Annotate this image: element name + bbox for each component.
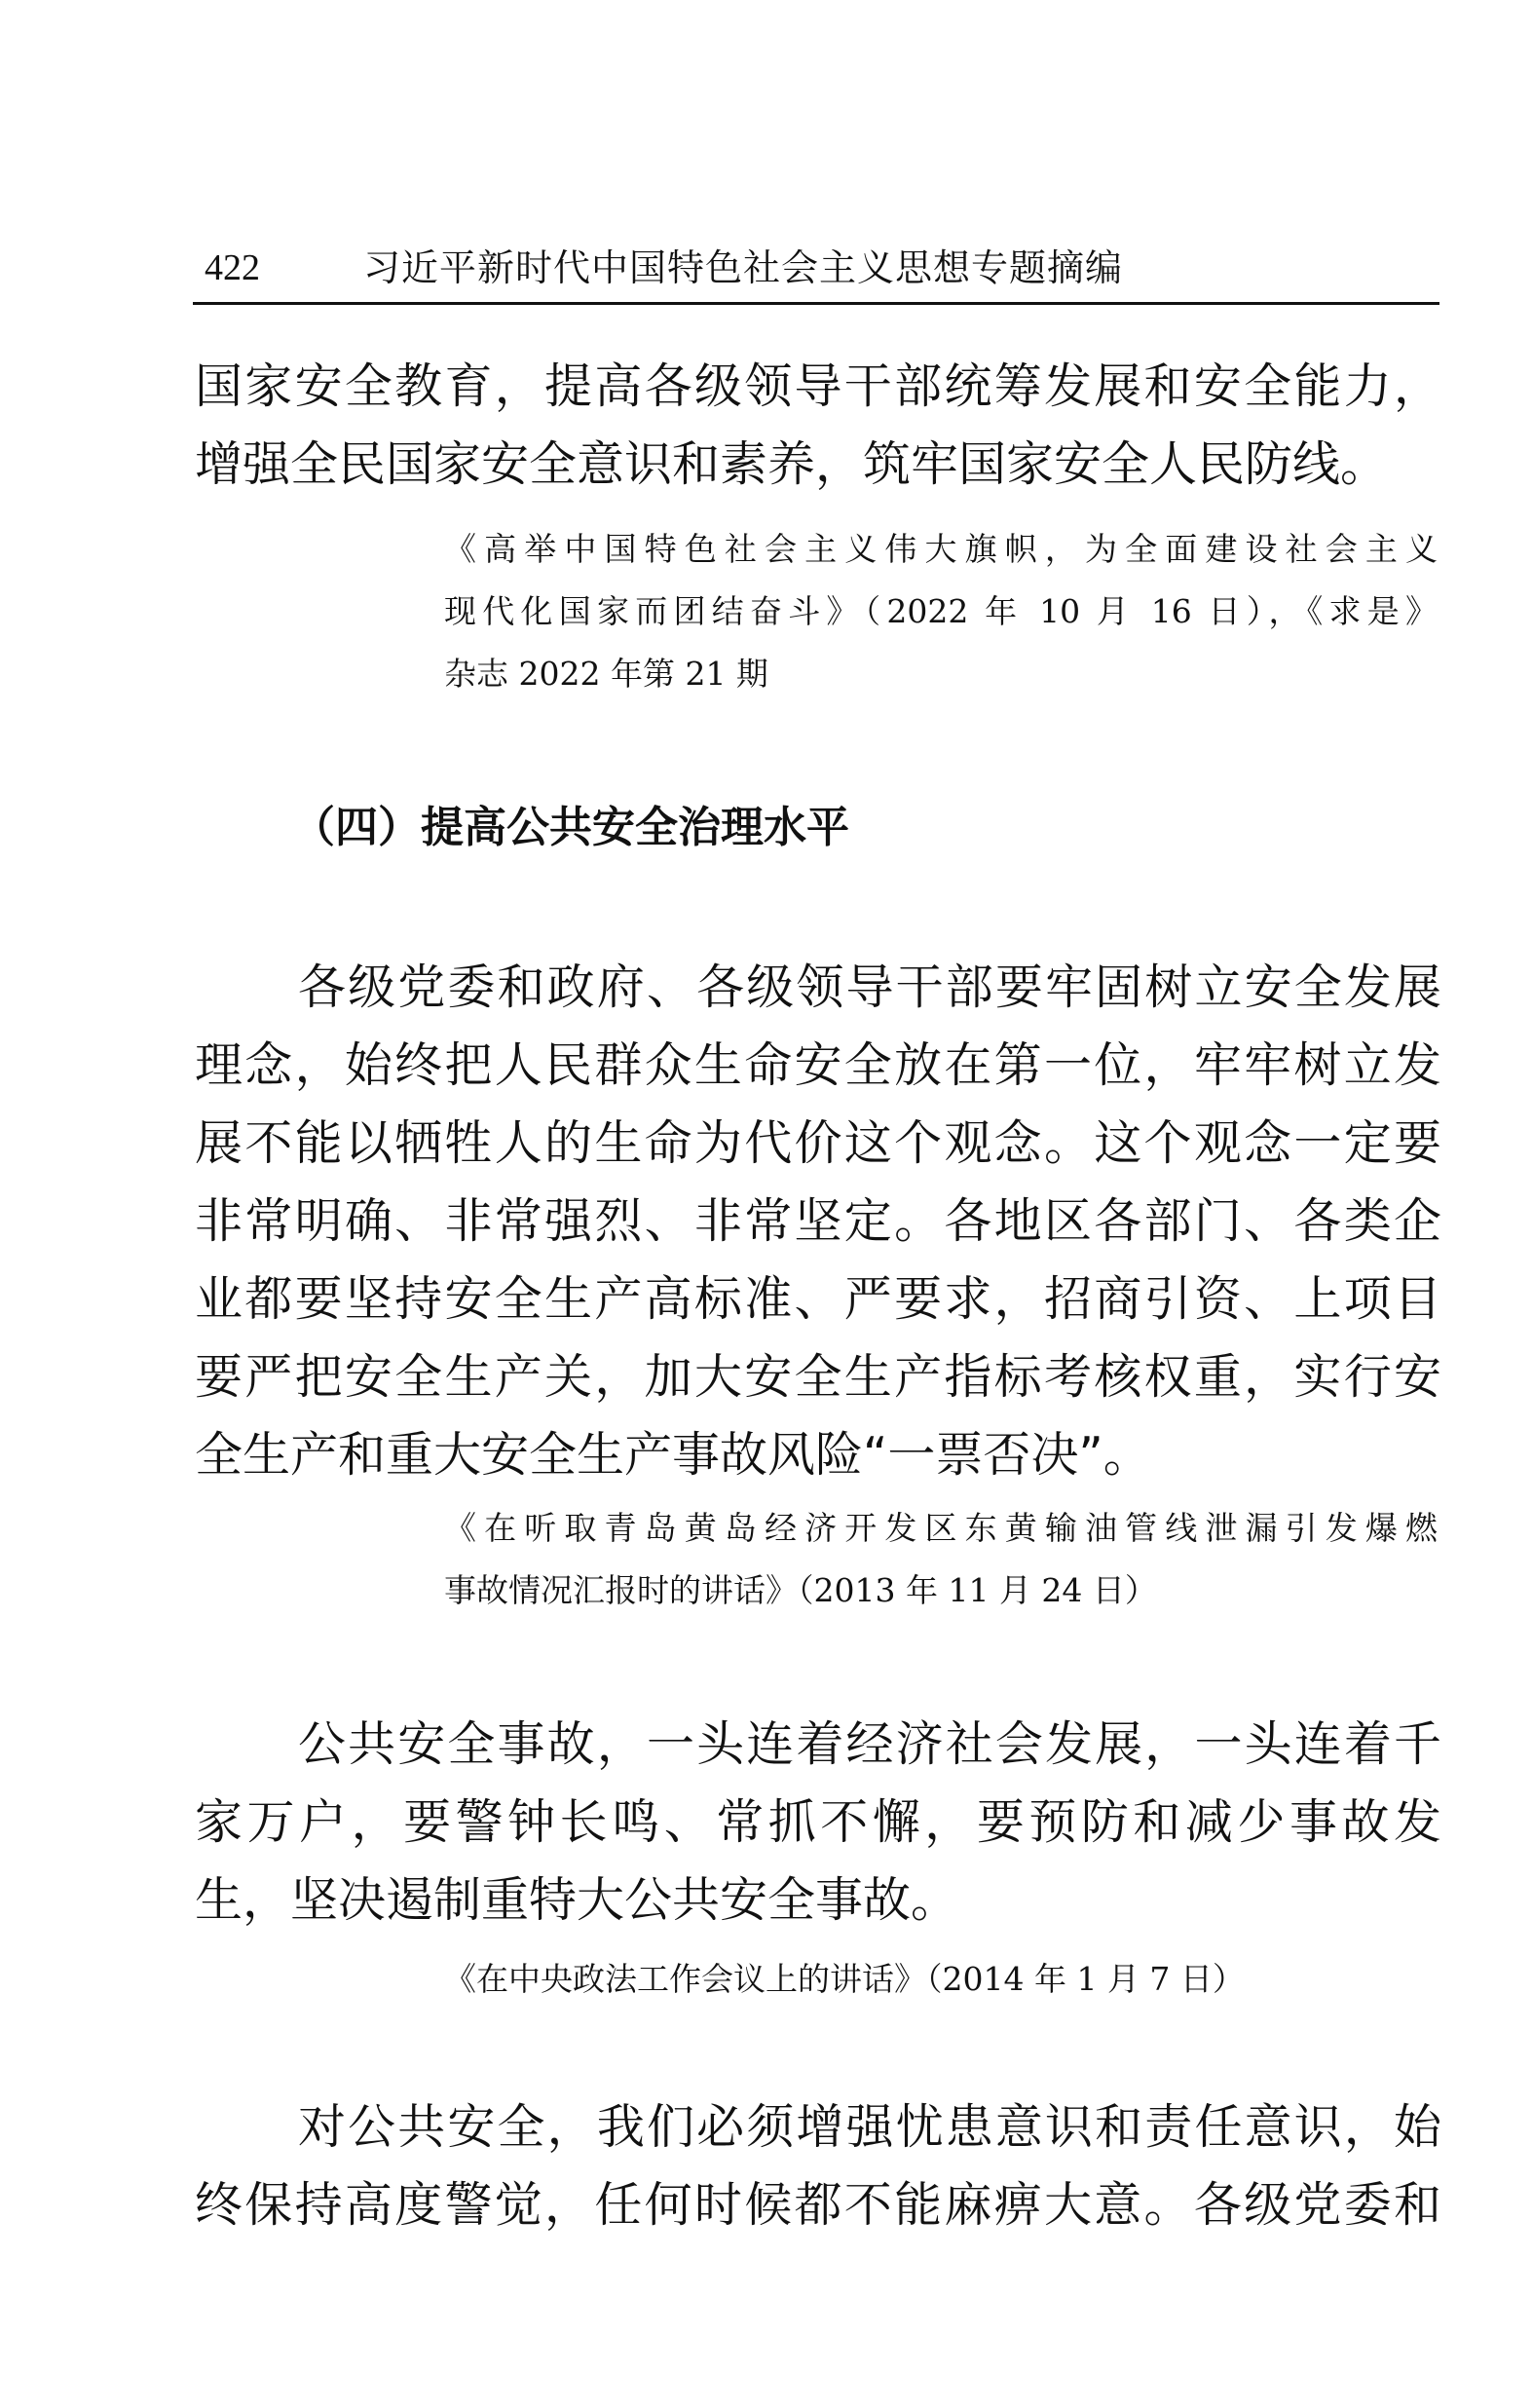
text-line: 家万户，要警钟长鸣、常抓不懈，要预防和减少事故发 [195, 1784, 1441, 1862]
text-line: 业都要坚持安全生产高标准、严要求，招商引资、上项目 [195, 1260, 1441, 1338]
running-header: 422 习近平新时代中国特色社会主义思想专题摘编 [195, 244, 1437, 292]
text-line: 国家安全教育，提高各级领导干部统筹发展和安全能力， [195, 348, 1441, 426]
paragraph: 各级党委和政府、各级领导干部要牢固树立安全发展 理念，始终把人民群众生命安全放在… [195, 949, 1441, 1494]
book-page: 422 习近平新时代中国特色社会主义思想专题摘编 国家安全教育，提高各级领导干部… [0, 0, 1532, 2408]
citation-line: 事故情况汇报时的讲话》（2013 年 11 月 24 日） [444, 1560, 1438, 1622]
text-line: 展不能以牺牲人的生命为代价这个观念。这个观念一定要 [195, 1105, 1441, 1183]
citation: 《在中央政法工作会议上的讲话》（2014 年 1 月 7 日） [444, 1948, 1438, 2011]
text-line: 各级党委和政府、各级领导干部要牢固树立安全发展 [195, 949, 1441, 1027]
citation: 《高举中国特色社会主义伟大旗帜，为全面建设社会主义 现代化国家而团结奋斗》（20… [444, 518, 1438, 705]
citation-line: 现代化国家而团结奋斗》（2022 年 10 月 16 日），《求是》 [444, 581, 1438, 643]
citation-line: 《在中央政法工作会议上的讲话》（2014 年 1 月 7 日） [444, 1948, 1438, 2011]
paragraph-continued: 国家安全教育，提高各级领导干部统筹发展和安全能力， 增强全民国家安全意识和素养，… [195, 348, 1441, 504]
citation-line: 《在听取青岛黄岛经济开发区东黄输油管线泄漏引发爆燃 [444, 1497, 1438, 1560]
text-line: 公共安全事故，一头连着经济社会发展，一头连着千 [195, 1706, 1441, 1784]
paragraph: 对公共安全，我们必须增强忧患意识和责任意识，始 终保持高度警觉，任何时候都不能麻… [195, 2088, 1441, 2244]
paragraph: 公共安全事故，一头连着经济社会发展，一头连着千 家万户，要警钟长鸣、常抓不懈，要… [195, 1706, 1441, 1939]
text-line: 生，坚决遏制重特大公共安全事故。 [195, 1862, 1441, 1939]
text-line: 非常明确、非常强烈、非常坚定。各地区各部门、各类企 [195, 1183, 1441, 1260]
text-line: 理念，始终把人民群众生命安全放在第一位，牢牢树立发 [195, 1027, 1441, 1105]
text-line: 终保持高度警觉，任何时候都不能麻痹大意。各级党委和 [195, 2166, 1441, 2244]
text-line: 对公共安全，我们必须增强忧患意识和责任意识，始 [195, 2088, 1441, 2166]
citation-line: 《高举中国特色社会主义伟大旗帜，为全面建设社会主义 [444, 518, 1438, 581]
text-line: 增强全民国家安全意识和素养，筑牢国家安全人民防线。 [195, 426, 1441, 504]
citation-line: 杂志 2022 年第 21 期 [444, 643, 1438, 705]
section-heading: （四）提高公共安全治理水平 [292, 799, 849, 857]
citation: 《在听取青岛黄岛经济开发区东黄输油管线泄漏引发爆燃 事故情况汇报时的讲话》（20… [444, 1497, 1438, 1622]
text-line: 要严把安全生产关，加大安全生产指标考核权重，实行安 [195, 1338, 1441, 1416]
text-line: 全生产和重大安全生产事故风险“一票否决”。 [195, 1416, 1441, 1494]
header-rule [193, 302, 1439, 305]
page-number: 422 [205, 244, 260, 292]
book-title: 习近平新时代中国特色社会主义思想专题摘编 [363, 244, 1123, 292]
